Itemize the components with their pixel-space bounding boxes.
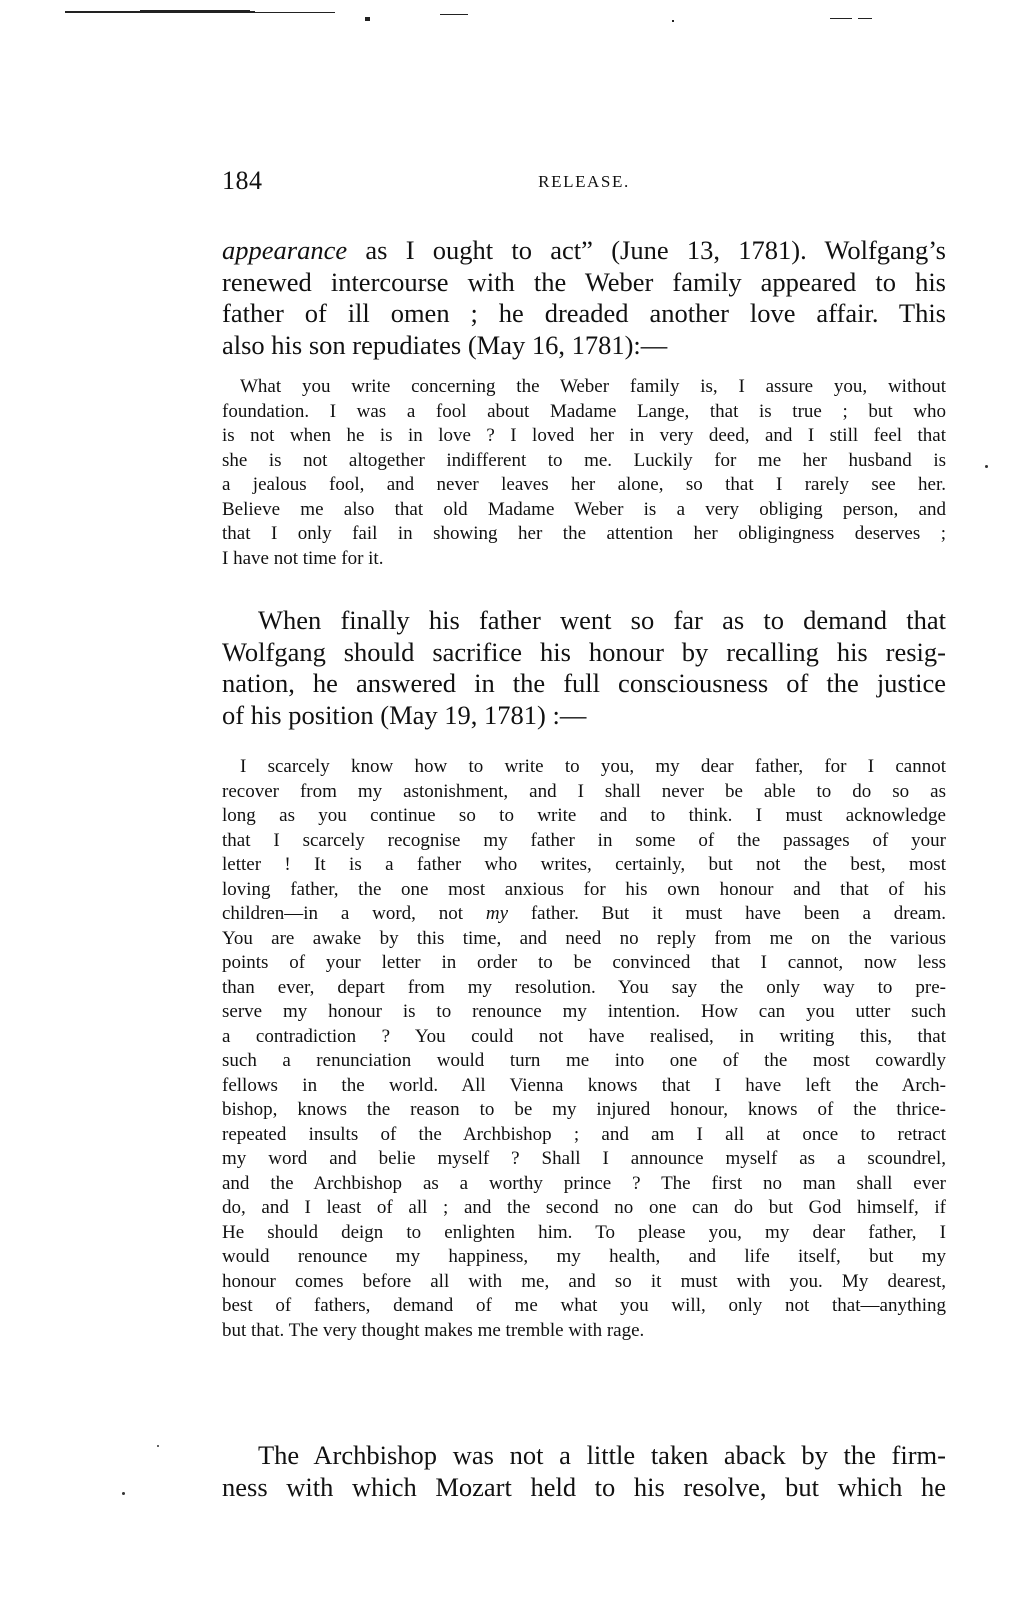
- text-line: When finally his father went so far as t…: [222, 605, 946, 637]
- quote-line: children—in a word, not my father. But i…: [222, 902, 946, 927]
- quote-line: and the Archbishop as a worthy prince ? …: [222, 1172, 946, 1197]
- running-title: RELEASE.: [222, 172, 946, 192]
- quote-line: a contradiction ? You could not have rea…: [222, 1025, 946, 1050]
- quote-line: but that. The very thought makes me trem…: [222, 1319, 946, 1344]
- quote-line: I have not time for it.: [222, 547, 946, 572]
- quote-line: bishop, knows the reason to be my injure…: [222, 1098, 946, 1123]
- letter-quote-1: What you write concerning the Weber fami…: [222, 375, 946, 571]
- quote-line: would renounce my happiness, my health, …: [222, 1245, 946, 1270]
- text-line: renewed intercourse with the Weber famil…: [222, 267, 946, 299]
- text-line: nation, he answered in the full consciou…: [222, 668, 946, 700]
- quote-line: points of your letter in order to be con…: [222, 951, 946, 976]
- paragraph-1: appearance as I ought to act” (June 13, …: [222, 235, 946, 361]
- running-head: 184 RELEASE.: [222, 166, 946, 200]
- quote-line: such a renunciation would turn me into o…: [222, 1049, 946, 1074]
- italic-word: appearance: [222, 235, 347, 265]
- quote-line: honour comes before all with me, and so …: [222, 1270, 946, 1295]
- text-line: father of ill omen ; he dreaded another …: [222, 298, 946, 330]
- letter-quote-2: I scarcely know how to write to you, my …: [222, 755, 946, 1343]
- quote-line: fellows in the world. All Vienna knows t…: [222, 1074, 946, 1099]
- text-line: appearance as I ought to act” (June 13, …: [222, 235, 946, 267]
- quote-line: than ever, depart from my resolution. Yo…: [222, 976, 946, 1001]
- scan-speck: [122, 1492, 125, 1495]
- quote-line: is not when he is in love ? I loved her …: [222, 424, 946, 449]
- text-line: Wolfgang should sacrifice his honour by …: [222, 637, 946, 669]
- quote-line: foundation. I was a fool about Madame La…: [222, 400, 946, 425]
- quote-line: recover from my astonishment, and I shal…: [222, 780, 946, 805]
- quote-line: I scarcely know how to write to you, my …: [222, 755, 946, 780]
- quote-line: she is not altogether indifferent to me.…: [222, 449, 946, 474]
- text-line: The Archbishop was not a little taken ab…: [222, 1440, 946, 1472]
- quote-line: repeated insults of the Archbishop ; and…: [222, 1123, 946, 1148]
- italic-word: my: [486, 903, 508, 924]
- text-line: ness with which Mozart held to his resol…: [222, 1472, 946, 1504]
- quote-line: Believe me also that old Madame Weber is…: [222, 498, 946, 523]
- quote-line: loving father, the one most anxious for …: [222, 878, 946, 903]
- text-line: also his son repudiates (May 16, 1781):—: [222, 330, 946, 362]
- quote-line: long as you continue so to write and to …: [222, 804, 946, 829]
- paragraph-3: The Archbishop was not a little taken ab…: [222, 1440, 946, 1503]
- quote-line: letter ! It is a father who writes, cert…: [222, 853, 946, 878]
- quote-line: What you write concerning the Weber fami…: [222, 375, 946, 400]
- quote-line: a jealous fool, and never leaves her alo…: [222, 473, 946, 498]
- paragraph-2: When finally his father went so far as t…: [222, 605, 946, 731]
- quote-line: that I only fail in showing her the atte…: [222, 522, 946, 547]
- quote-line: You are awake by this time, and need no …: [222, 927, 946, 952]
- scan-edge-artifacts: [0, 0, 1034, 30]
- quote-line: best of fathers, demand of me what you w…: [222, 1294, 946, 1319]
- text-line: of his position (May 19, 1781) :—: [222, 700, 946, 732]
- quote-line: serve my honour is to renounce my intent…: [222, 1000, 946, 1025]
- scan-speck: [157, 1445, 159, 1447]
- quote-line: He should deign to enlighten him. To ple…: [222, 1221, 946, 1246]
- quote-line: do, and I least of all ; and the second …: [222, 1196, 946, 1221]
- quote-line: my word and belie myself ? Shall I annou…: [222, 1147, 946, 1172]
- quote-line: that I scarcely recognise my father in s…: [222, 829, 946, 854]
- scan-speck: [985, 465, 988, 468]
